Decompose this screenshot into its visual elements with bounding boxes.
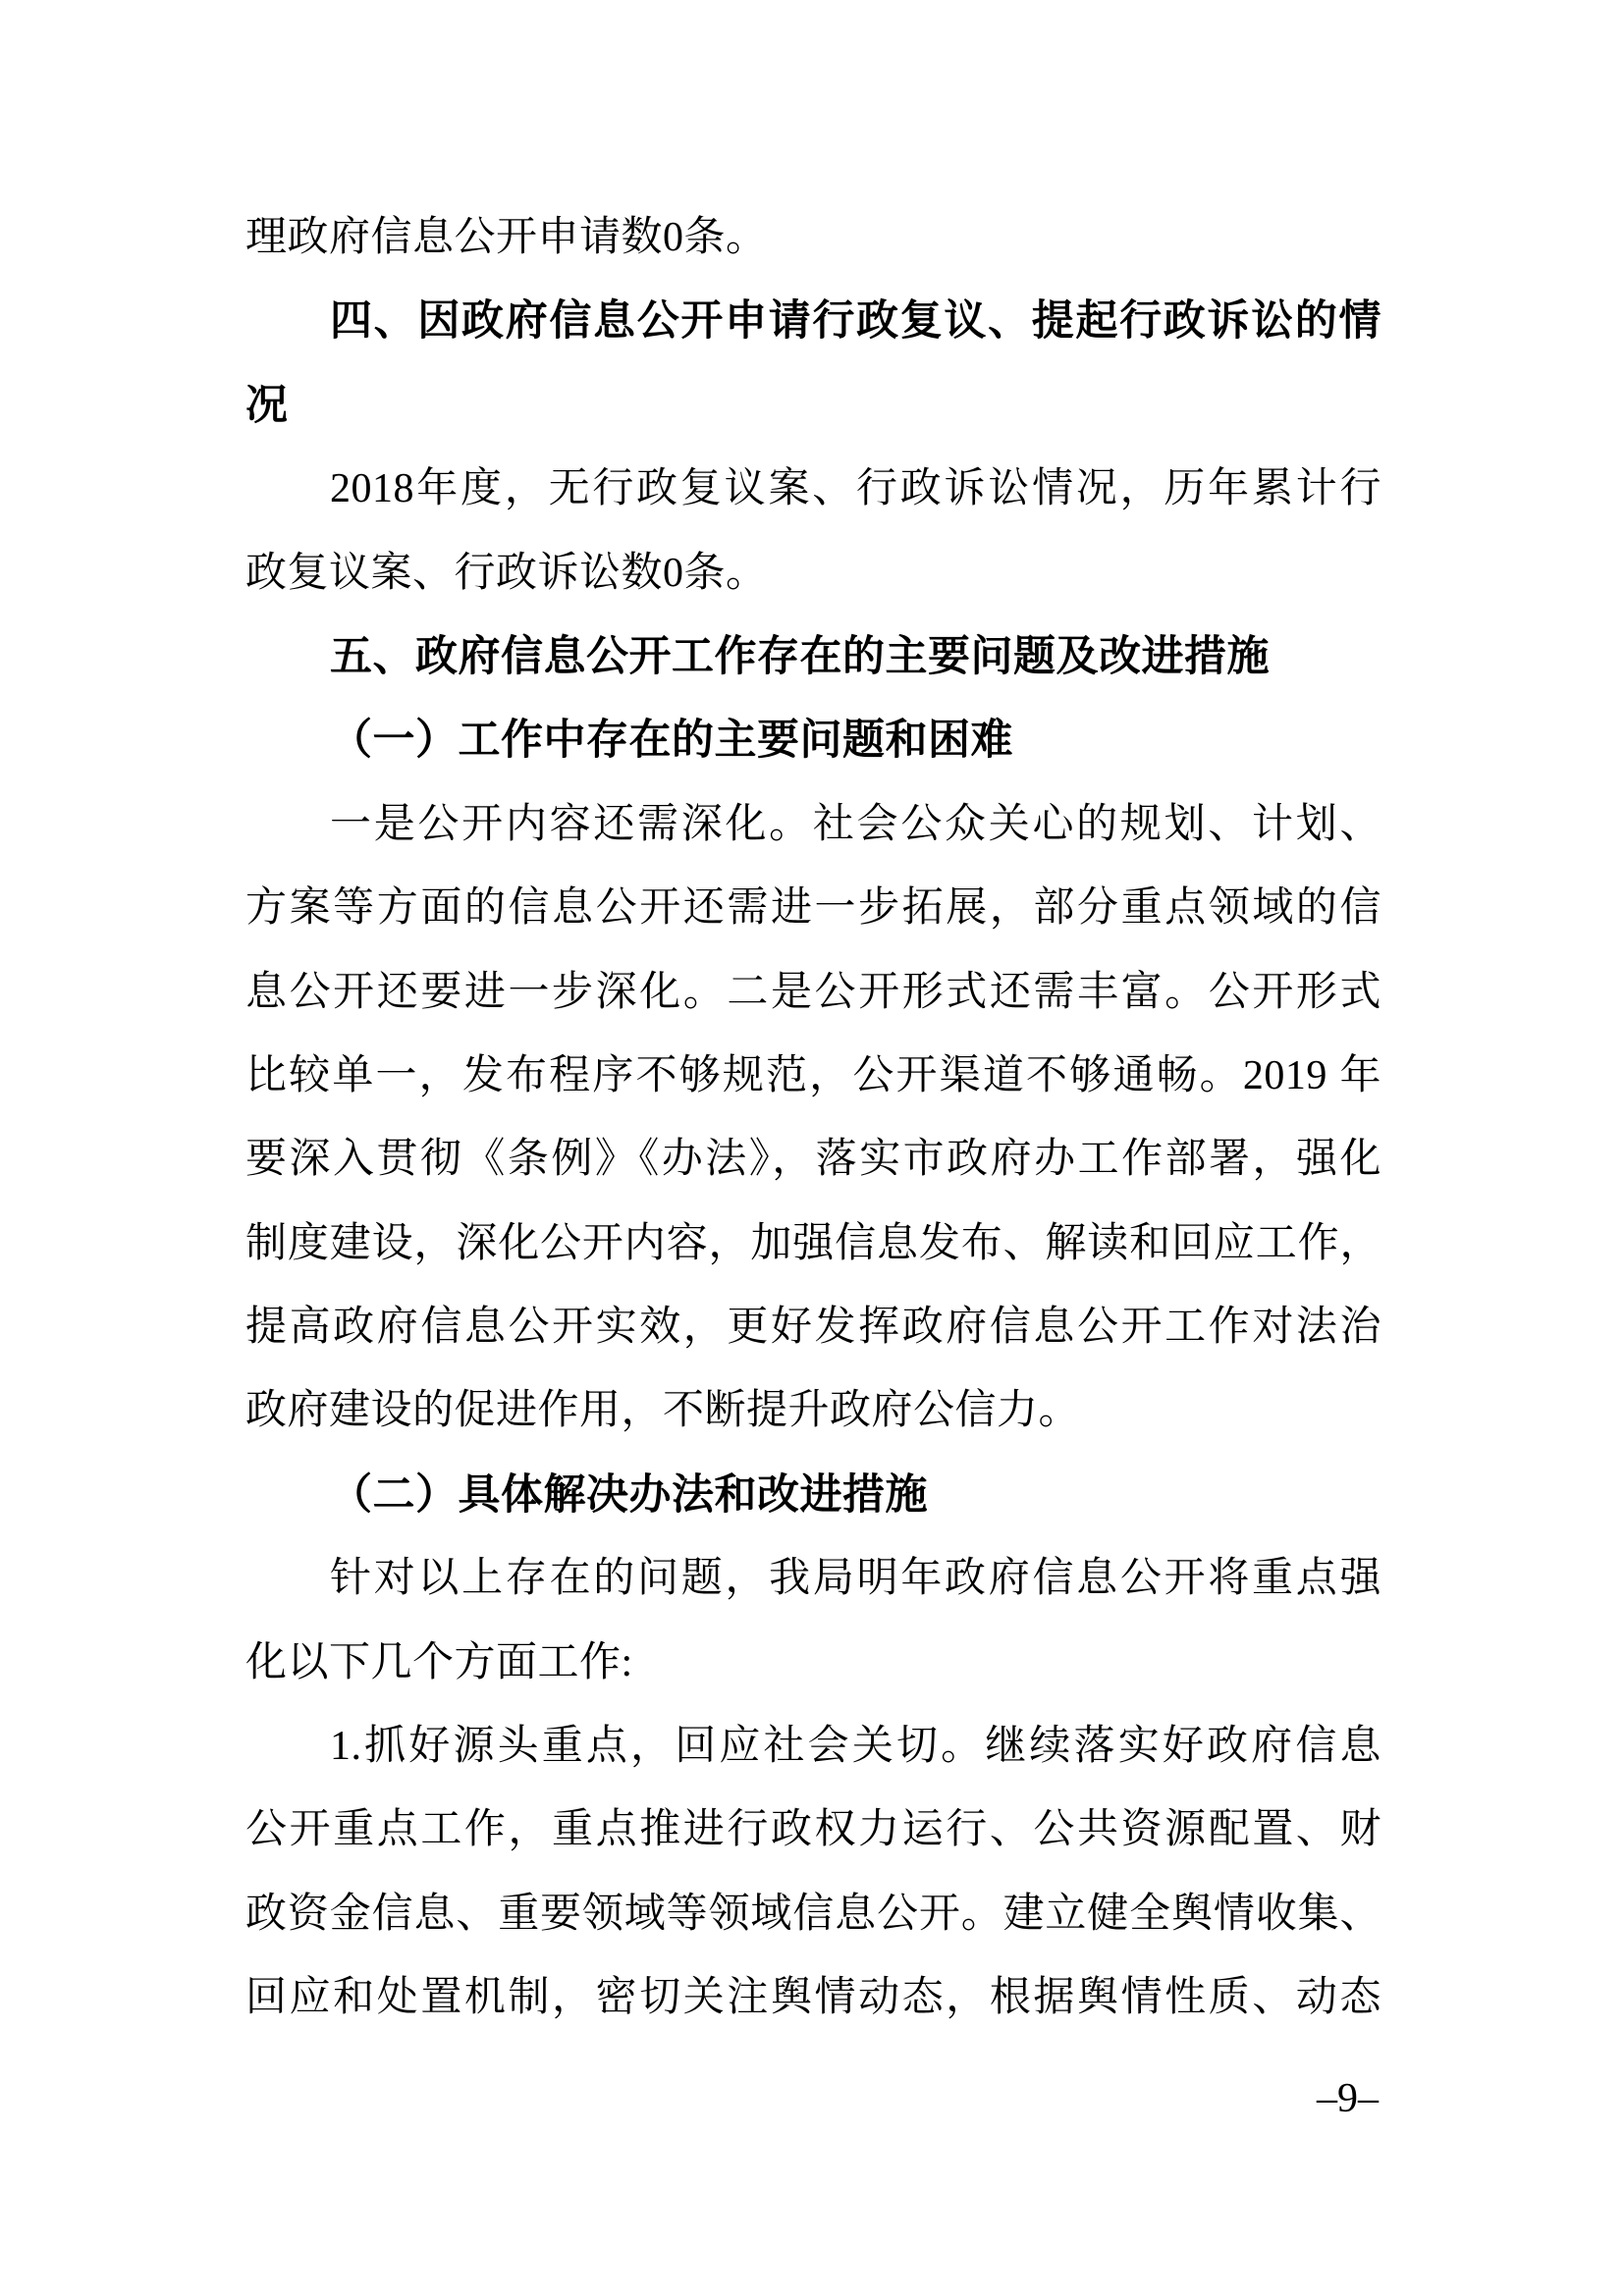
subheading-measures: （二）具体解决办法和改进措施 [245,1454,1381,1537]
body-line: 一是公开内容还需深化。社会公众关心的规划、计划、 [245,783,1381,867]
body-line: 1.抓好源头重点，回应社会关切。继续落实好政府信息 [245,1705,1381,1789]
body-line: 2018年度，无行政复议案、行政诉讼情况，历年累计行 [245,448,1381,531]
document-page: 理政府信息公开申请数0条。 四、因政府信息公开申请行政复议、提起行政诉讼的情 况… [0,0,1624,2296]
body-line: 政资金信息、重要领域等领域信息公开。建立健全舆情收集、 [245,1873,1381,1956]
body-line: 息公开还要进一步深化。二是公开形式还需丰富。公开形式 [245,951,1381,1035]
subheading-problems: （一）工作中存在的主要问题和困难 [245,699,1381,782]
body-line: 回应和处置机制，密切关注舆情动态，根据舆情性质、动态 [245,1956,1381,2040]
body-line: 化以下几个方面工作: [245,1622,1381,1705]
body-line: 要深入贯彻《条例》《办法》，落实市政府办工作部署，强化 [245,1118,1381,1201]
body-line: 方案等方面的信息公开还需进一步拓展，部分重点领域的信 [245,867,1381,950]
body-line: 政府建设的促进作用，不断提升政府公信力。 [245,1369,1381,1453]
body-line: 针对以上存在的问题，我局明年政府信息公开将重点强 [245,1537,1381,1621]
body-line: 制度建设，深化公开内容，加强信息发布、解读和回应工作， [245,1202,1381,1286]
heading-section-4-wrap: 况 [245,364,1381,448]
body-line: 政复议案、行政诉讼数0条。 [245,532,1381,615]
body-line: 理政府信息公开申请数0条。 [245,196,1381,280]
body-line: 提高政府信息公开实效，更好发挥政府信息公开工作对法治 [245,1286,1381,1369]
body-line: 比较单一，发布程序不够规范，公开渠道不够通畅。2019 年 [245,1035,1381,1118]
document-body: 理政府信息公开申请数0条。 四、因政府信息公开申请行政复议、提起行政诉讼的情 况… [245,196,1381,2041]
page-number: –9– [1317,2069,1379,2128]
heading-section-5: 五、政府信息公开工作存在的主要问题及改进措施 [245,615,1381,699]
heading-section-4: 四、因政府信息公开申请行政复议、提起行政诉讼的情 [245,280,1381,363]
body-line: 公开重点工作，重点推进行政权力运行、公共资源配置、财 [245,1789,1381,1872]
